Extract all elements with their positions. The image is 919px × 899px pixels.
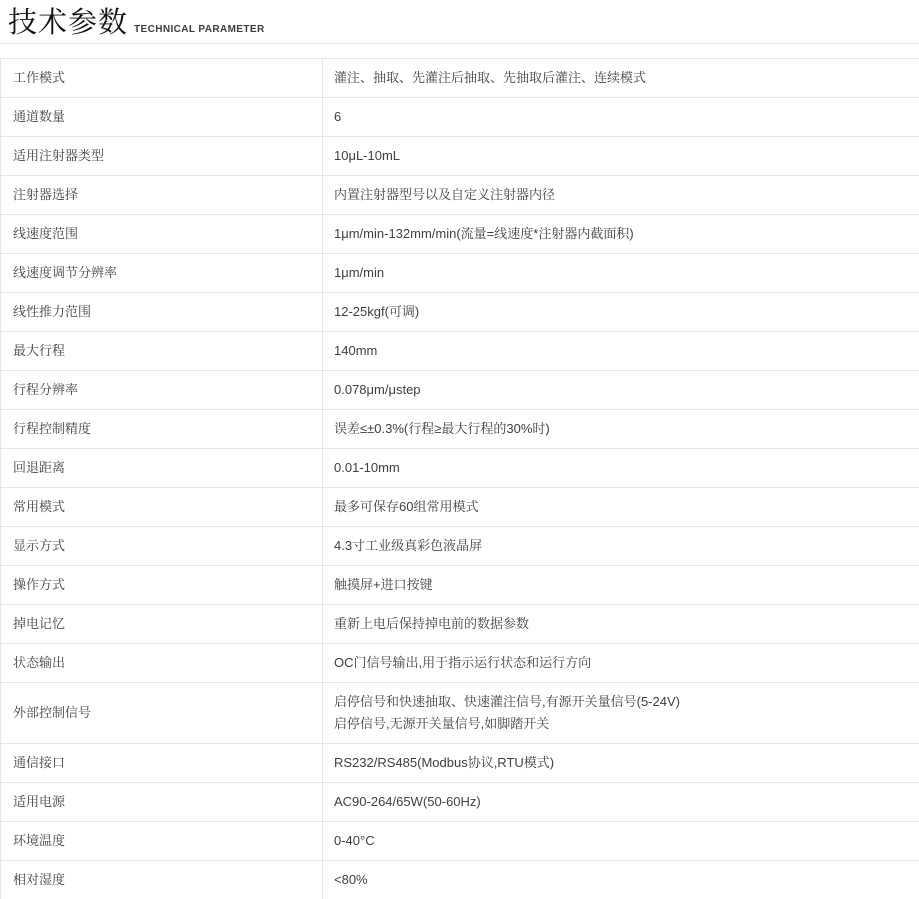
spec-label-cell: 通道数量: [1, 98, 323, 137]
spec-label-cell: 线性推力范围: [1, 293, 323, 332]
spec-value-cell: OC门信号输出,用于指示运行状态和运行方向: [323, 644, 919, 683]
spec-label-cell: 线速度调节分辨率: [1, 254, 323, 293]
spec-value-cell: 内置注射器型号以及自定义注射器内径: [323, 176, 919, 215]
spec-table-row: 线速度范围 1μm/min-132mm/min(流量=线速度*注射器内截面积): [1, 215, 919, 254]
spec-label-cell: 操作方式: [1, 566, 323, 605]
spec-value-cell: AC90-264/65W(50-60Hz): [323, 783, 919, 822]
spec-table-row: 适用注射器类型 10μL-10mL: [1, 137, 919, 176]
spec-table-row: 状态输出 OC门信号输出,用于指示运行状态和运行方向: [1, 644, 919, 683]
spec-table-row: 工作模式 灌注、抽取、先灌注后抽取、先抽取后灌注、连续模式: [1, 59, 919, 98]
spec-label-cell: 最大行程: [1, 332, 323, 371]
spec-label-cell: 外部控制信号: [1, 683, 323, 744]
spec-value-cell: 140mm: [323, 332, 919, 371]
spec-value-cell: 误差≤±0.3%(行程≥最大行程的30%时): [323, 410, 919, 449]
spec-table: 工作模式 灌注、抽取、先灌注后抽取、先抽取后灌注、连续模式 通道数量 6 适用注…: [0, 58, 919, 899]
spec-table-row: 相对湿度 <80%: [1, 861, 919, 899]
spec-table-body: 工作模式 灌注、抽取、先灌注后抽取、先抽取后灌注、连续模式 通道数量 6 适用注…: [1, 59, 919, 899]
page-subtitle: TECHNICAL PARAMETER: [134, 24, 265, 35]
spec-label-cell: 行程分辨率: [1, 371, 323, 410]
spec-label-cell: 行程控制精度: [1, 410, 323, 449]
spec-table-row: 操作方式 触摸屏+进口按键: [1, 566, 919, 605]
spec-label-cell: 通信接口: [1, 744, 323, 783]
page-header: 技术参数 TECHNICAL PARAMETER: [0, 0, 919, 40]
header-divider: [0, 43, 919, 44]
technical-parameter-page: 技术参数 TECHNICAL PARAMETER 工作模式 灌注、抽取、先灌注后…: [0, 0, 919, 899]
spec-value-cell: 0.01-10mm: [323, 449, 919, 488]
spec-table-row: 行程控制精度 误差≤±0.3%(行程≥最大行程的30%时): [1, 410, 919, 449]
spec-table-row: 外部控制信号 启停信号和快速抽取、快速灌注信号,有源开关量信号(5-24V) 启…: [1, 683, 919, 744]
spec-label-cell: 线速度范围: [1, 215, 323, 254]
spec-value-cell: 重新上电后保持掉电前的数据参数: [323, 605, 919, 644]
spec-label-cell: 回退距离: [1, 449, 323, 488]
spec-value-cell: 启停信号和快速抽取、快速灌注信号,有源开关量信号(5-24V) 启停信号,无源开…: [323, 683, 919, 744]
spec-table-row: 掉电记忆 重新上电后保持掉电前的数据参数: [1, 605, 919, 644]
spec-table-row: 回退距离 0.01-10mm: [1, 449, 919, 488]
spec-value-cell: 0-40°C: [323, 822, 919, 861]
spec-table-row: 线性推力范围 12-25kgf(可调): [1, 293, 919, 332]
spec-label-cell: 相对湿度: [1, 861, 323, 899]
spec-value-cell: 12-25kgf(可调): [323, 293, 919, 332]
spec-table-row: 最大行程 140mm: [1, 332, 919, 371]
spec-value-cell: 灌注、抽取、先灌注后抽取、先抽取后灌注、连续模式: [323, 59, 919, 98]
page-title: 技术参数: [8, 6, 128, 40]
spec-table-row: 显示方式 4.3寸工业级真彩色液晶屏: [1, 527, 919, 566]
spec-table-row: 常用模式 最多可保存60组常用模式: [1, 488, 919, 527]
spec-table-row: 通道数量 6: [1, 98, 919, 137]
spec-value-cell: 1μm/min: [323, 254, 919, 293]
spec-value-cell: 6: [323, 98, 919, 137]
spec-label-cell: 掉电记忆: [1, 605, 323, 644]
spec-value-cell: 4.3寸工业级真彩色液晶屏: [323, 527, 919, 566]
spec-label-cell: 状态输出: [1, 644, 323, 683]
spec-table-row: 注射器选择 内置注射器型号以及自定义注射器内径: [1, 176, 919, 215]
spec-value-cell: 1μm/min-132mm/min(流量=线速度*注射器内截面积): [323, 215, 919, 254]
spec-label-cell: 适用电源: [1, 783, 323, 822]
spec-label-cell: 常用模式: [1, 488, 323, 527]
spec-value-cell: 10μL-10mL: [323, 137, 919, 176]
spec-value-cell: 触摸屏+进口按键: [323, 566, 919, 605]
spec-label-cell: 工作模式: [1, 59, 323, 98]
spec-value-cell: 最多可保存60组常用模式: [323, 488, 919, 527]
spec-table-row: 线速度调节分辨率 1μm/min: [1, 254, 919, 293]
spec-table-row: 环境温度 0-40°C: [1, 822, 919, 861]
spec-value-cell: RS232/RS485(Modbus协议,RTU模式): [323, 744, 919, 783]
spec-label-cell: 显示方式: [1, 527, 323, 566]
spec-label-cell: 适用注射器类型: [1, 137, 323, 176]
spec-value-cell: <80%: [323, 861, 919, 899]
spec-table-row: 适用电源 AC90-264/65W(50-60Hz): [1, 783, 919, 822]
spec-label-cell: 注射器选择: [1, 176, 323, 215]
spec-table-row: 通信接口 RS232/RS485(Modbus协议,RTU模式): [1, 744, 919, 783]
spec-table-row: 行程分辨率 0.078μm/μstep: [1, 371, 919, 410]
spec-value-cell: 0.078μm/μstep: [323, 371, 919, 410]
spec-label-cell: 环境温度: [1, 822, 323, 861]
